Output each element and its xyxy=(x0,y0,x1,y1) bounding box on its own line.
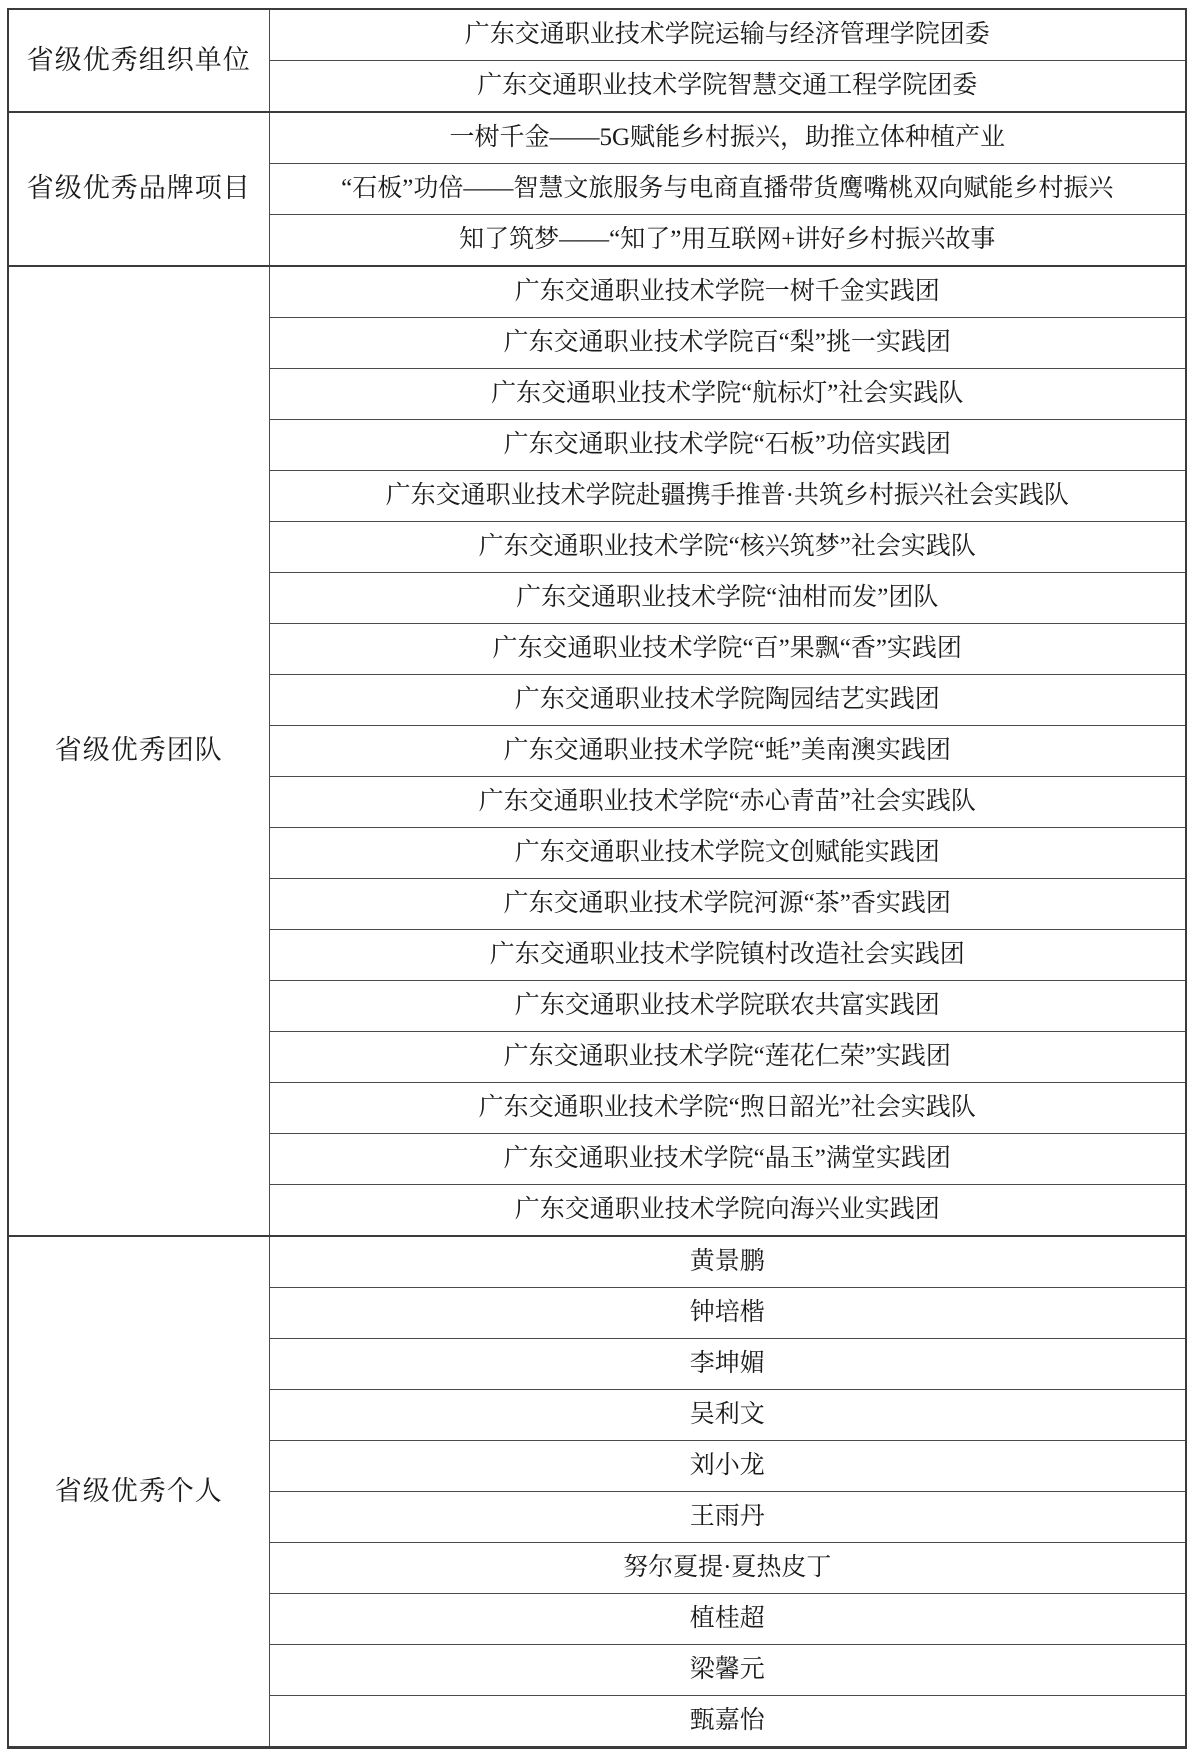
table-row: 省级优秀组织单位 广东交通职业技术学院运输与经济管理学院团委 xyxy=(8,9,1186,61)
award-item-cell: 广东交通职业技术学院一树千金实践团 xyxy=(269,266,1186,318)
award-item-cell: 广东交通职业技术学院“核兴筑梦”社会实践队 xyxy=(269,522,1186,573)
award-item-cell: 甄嘉怡 xyxy=(269,1696,1186,1748)
award-item-cell: 黄景鹏 xyxy=(269,1236,1186,1288)
award-item-cell: 李坤媚 xyxy=(269,1339,1186,1390)
award-item-cell: 努尔夏提·夏热皮丁 xyxy=(269,1543,1186,1594)
award-item-cell: 吴利文 xyxy=(269,1390,1186,1441)
category-cell-brand-project: 省级优秀品牌项目 xyxy=(8,112,269,266)
award-item-cell: 广东交通职业技术学院“赤心青苗”社会实践队 xyxy=(269,777,1186,828)
award-item-cell: 梁馨元 xyxy=(269,1645,1186,1696)
table-row: 省级优秀品牌项目 一树千金——5G赋能乡村振兴，助推立体种植产业 xyxy=(8,112,1186,164)
award-item-cell: 广东交通职业技术学院运输与经济管理学院团委 xyxy=(269,9,1186,61)
award-item-cell: 广东交通职业技术学院联农共富实践团 xyxy=(269,981,1186,1032)
award-item-cell: 广东交通职业技术学院“百”果飘“香”实践团 xyxy=(269,624,1186,675)
award-item-cell: 广东交通职业技术学院陶园结艺实践团 xyxy=(269,675,1186,726)
award-item-cell: 广东交通职业技术学院“蚝”美南澳实践团 xyxy=(269,726,1186,777)
award-item-cell: 广东交通职业技术学院智慧交通工程学院团委 xyxy=(269,61,1186,113)
award-item-cell: 刘小龙 xyxy=(269,1441,1186,1492)
award-item-cell: 王雨丹 xyxy=(269,1492,1186,1543)
award-item-cell: 一树千金——5G赋能乡村振兴，助推立体种植产业 xyxy=(269,112,1186,164)
document-page: 省级优秀组织单位 广东交通职业技术学院运输与经济管理学院团委 广东交通职业技术学… xyxy=(0,0,1200,1720)
award-item-cell: 广东交通职业技术学院“晶玉”满堂实践团 xyxy=(269,1134,1186,1185)
table-row: 省级优秀团队 广东交通职业技术学院一树千金实践团 xyxy=(8,266,1186,318)
award-item-cell: 广东交通职业技术学院赴疆携手推普·共筑乡村振兴社会实践队 xyxy=(269,471,1186,522)
award-item-cell: 广东交通职业技术学院镇村改造社会实践团 xyxy=(269,930,1186,981)
awards-table: 省级优秀组织单位 广东交通职业技术学院运输与经济管理学院团委 广东交通职业技术学… xyxy=(7,8,1187,1749)
award-item-cell: 广东交通职业技术学院“油柑而发”团队 xyxy=(269,573,1186,624)
award-item-cell: 广东交通职业技术学院向海兴业实践团 xyxy=(269,1185,1186,1237)
award-item-cell: 钟培楷 xyxy=(269,1288,1186,1339)
award-item-cell: “石板”功倍——智慧文旅服务与电商直播带货鹰嘴桃双向赋能乡村振兴 xyxy=(269,164,1186,215)
award-item-cell: 广东交通职业技术学院河源“茶”香实践团 xyxy=(269,879,1186,930)
category-cell-organization-unit: 省级优秀组织单位 xyxy=(8,9,269,112)
award-item-cell: 植桂超 xyxy=(269,1594,1186,1645)
table-row: 省级优秀个人 黄景鹏 xyxy=(8,1236,1186,1288)
award-item-cell: 知了筑梦——“知了”用互联网+讲好乡村振兴故事 xyxy=(269,215,1186,267)
award-item-cell: 广东交通职业技术学院百“梨”挑一实践团 xyxy=(269,318,1186,369)
award-item-cell: 广东交通职业技术学院“莲花仁荣”实践团 xyxy=(269,1032,1186,1083)
category-cell-individual: 省级优秀个人 xyxy=(8,1236,269,1748)
category-cell-team: 省级优秀团队 xyxy=(8,266,269,1236)
award-item-cell: 广东交通职业技术学院“航标灯”社会实践队 xyxy=(269,369,1186,420)
award-item-cell: 广东交通职业技术学院“煦日韶光”社会实践队 xyxy=(269,1083,1186,1134)
award-item-cell: 广东交通职业技术学院“石板”功倍实践团 xyxy=(269,420,1186,471)
award-item-cell: 广东交通职业技术学院文创赋能实践团 xyxy=(269,828,1186,879)
